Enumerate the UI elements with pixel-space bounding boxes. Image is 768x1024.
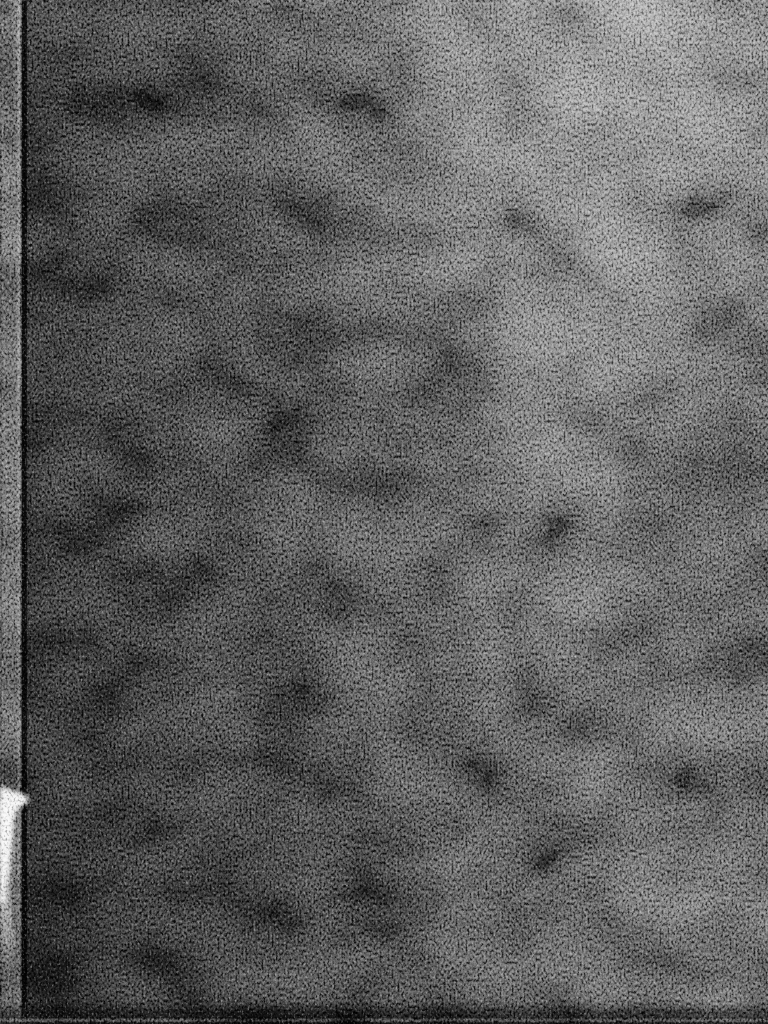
grain-pepper-layer	[0, 0, 768, 1024]
book-cover-scan: Grayscale scan of a worn clothbound book…	[0, 0, 768, 1024]
book-cover-image	[0, 0, 768, 1024]
